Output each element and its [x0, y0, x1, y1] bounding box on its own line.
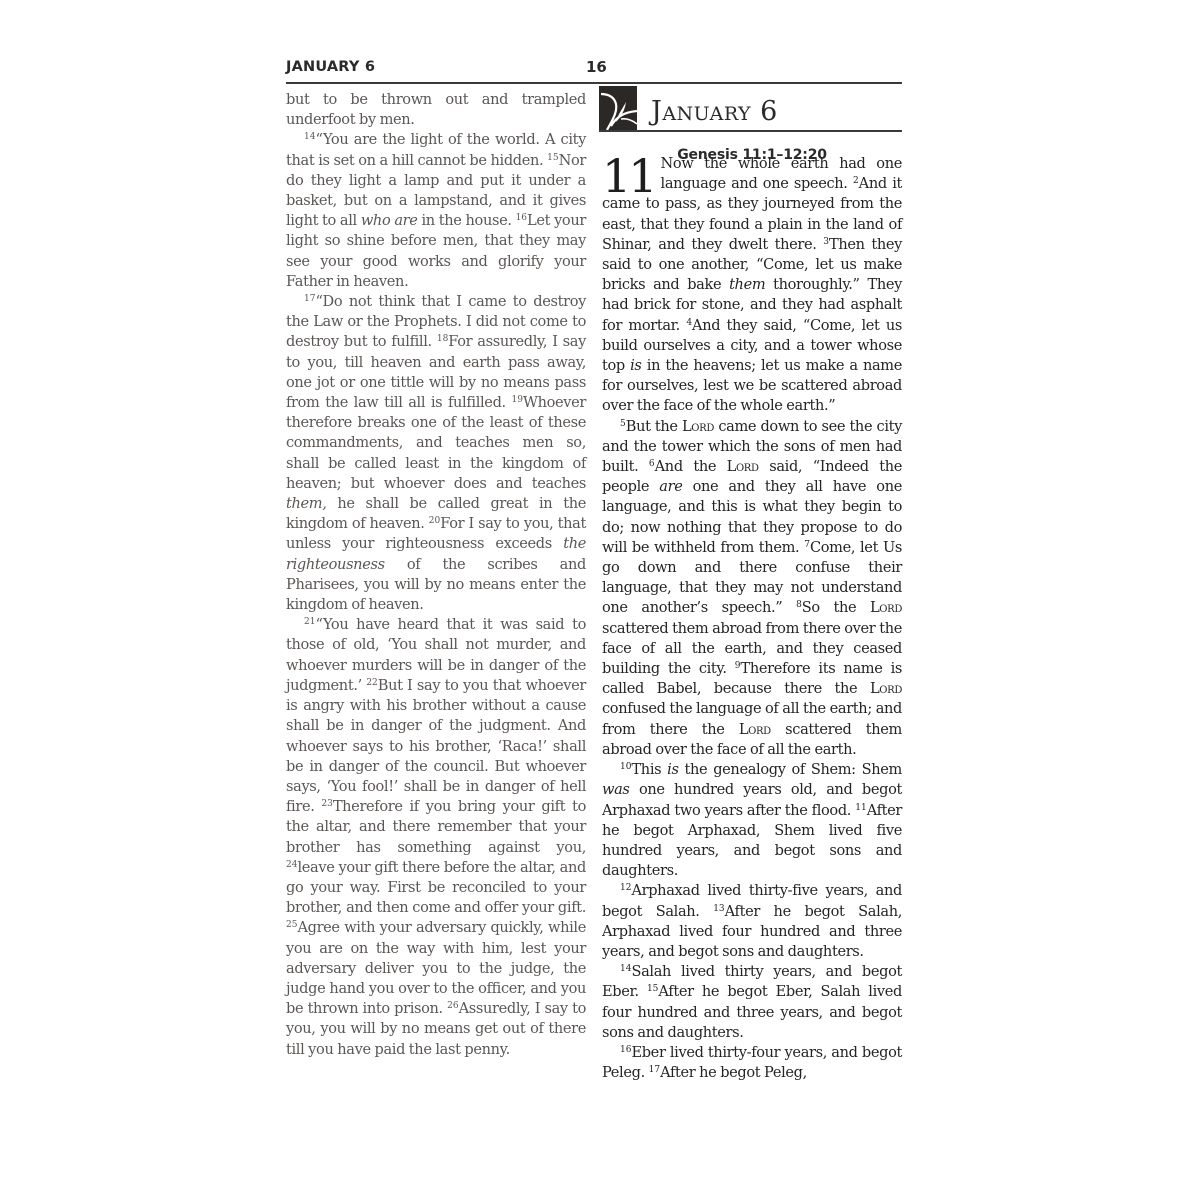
verse-number: 22	[366, 678, 377, 688]
italic-text: them	[729, 276, 765, 293]
running-head-title: JANUARY 6	[286, 59, 375, 75]
verse-text: the genealogy of Shem: Shem	[679, 761, 902, 778]
right-column-genesis-text: 11Now the whole earth had one language a…	[602, 154, 902, 1083]
italic-text: is	[630, 357, 641, 374]
italic-text: who are	[361, 212, 418, 229]
verse-paragraph: 14“You are the light of the world. A cit…	[286, 130, 586, 292]
day-heading: January 6	[599, 82, 902, 132]
verse-text: So the	[802, 599, 870, 616]
verse-number: 11	[855, 803, 866, 813]
verse-number: 12	[620, 883, 631, 893]
verse-number: 26	[447, 1001, 458, 1011]
verse-text: After he begot Peleg,	[660, 1064, 807, 1081]
verse-text: But I say to you that whoever is angry w…	[286, 677, 586, 815]
leaf-branch-logo-icon	[599, 86, 637, 130]
verse-paragraph: 21“You have heard that it was said to th…	[286, 615, 586, 1059]
verse-paragraph: 14Salah lived thirty years, and begot Eb…	[602, 962, 902, 1043]
italic-text: are	[659, 478, 682, 495]
verse-number: 21	[304, 617, 315, 627]
small-caps-lord: Lord	[870, 599, 902, 616]
verse-text: but to be thrown out and trampled underf…	[286, 91, 586, 128]
verse-text: in the house.	[418, 212, 516, 229]
verse-text: This	[631, 761, 667, 778]
verse-number: 19	[512, 395, 523, 405]
page-number: 16	[586, 58, 607, 76]
verse-number: 15	[647, 984, 658, 994]
left-column-matthew-text: but to be thrown out and trampled underf…	[286, 90, 586, 1060]
verse-text: “You are the light of the world. A city …	[286, 131, 586, 168]
verse-paragraph: 17“Do not think that I came to destroy t…	[286, 292, 586, 615]
italic-text: is	[667, 761, 678, 778]
verse-paragraph: 5But the Lord came down to see the city …	[602, 417, 902, 760]
verse-number: 25	[286, 920, 297, 930]
small-caps-lord: Lord	[870, 680, 902, 697]
italic-text: was	[602, 781, 630, 798]
verse-text: in the heavens; let us make a name for o…	[602, 357, 902, 414]
verse-number: 15	[547, 153, 558, 163]
verse-number: 20	[429, 516, 440, 526]
verse-paragraph: but to be thrown out and trampled underf…	[286, 90, 586, 130]
verse-text: And the	[655, 458, 727, 475]
verse-paragraph: 16Eber lived thirty-four years, and bego…	[602, 1043, 902, 1083]
italic-text: them,	[286, 495, 327, 512]
verse-number: 16	[516, 213, 527, 223]
running-head: JANUARY 6 16	[286, 56, 902, 84]
verse-paragraph: 11Now the whole earth had one language a…	[602, 154, 902, 417]
verse-number: 17	[649, 1065, 660, 1075]
verse-number: 10	[620, 762, 631, 772]
verse-number: 13	[713, 904, 724, 914]
verse-text: leave your gift there before the altar, …	[286, 859, 586, 916]
verse-paragraph: 12Arphaxad lived thirty-five years, and …	[602, 881, 902, 962]
verse-number: 14	[620, 964, 631, 974]
day-title: January 6	[651, 96, 778, 127]
verse-number: 24	[286, 860, 297, 870]
verse-number: 14	[304, 132, 315, 142]
verse-text: But the	[626, 418, 682, 435]
verse-number: 18	[437, 334, 448, 344]
small-caps-lord: Lord	[682, 418, 714, 435]
verse-number: 17	[304, 294, 315, 304]
verse-number: 23	[321, 799, 332, 809]
verse-paragraph: 10This is the genealogy of Shem: Shem wa…	[602, 760, 902, 881]
small-caps-lord: Lord	[727, 458, 759, 475]
verse-number: 16	[620, 1045, 631, 1055]
small-caps-lord: Lord	[739, 721, 771, 738]
chapter-number: 11	[602, 158, 655, 194]
